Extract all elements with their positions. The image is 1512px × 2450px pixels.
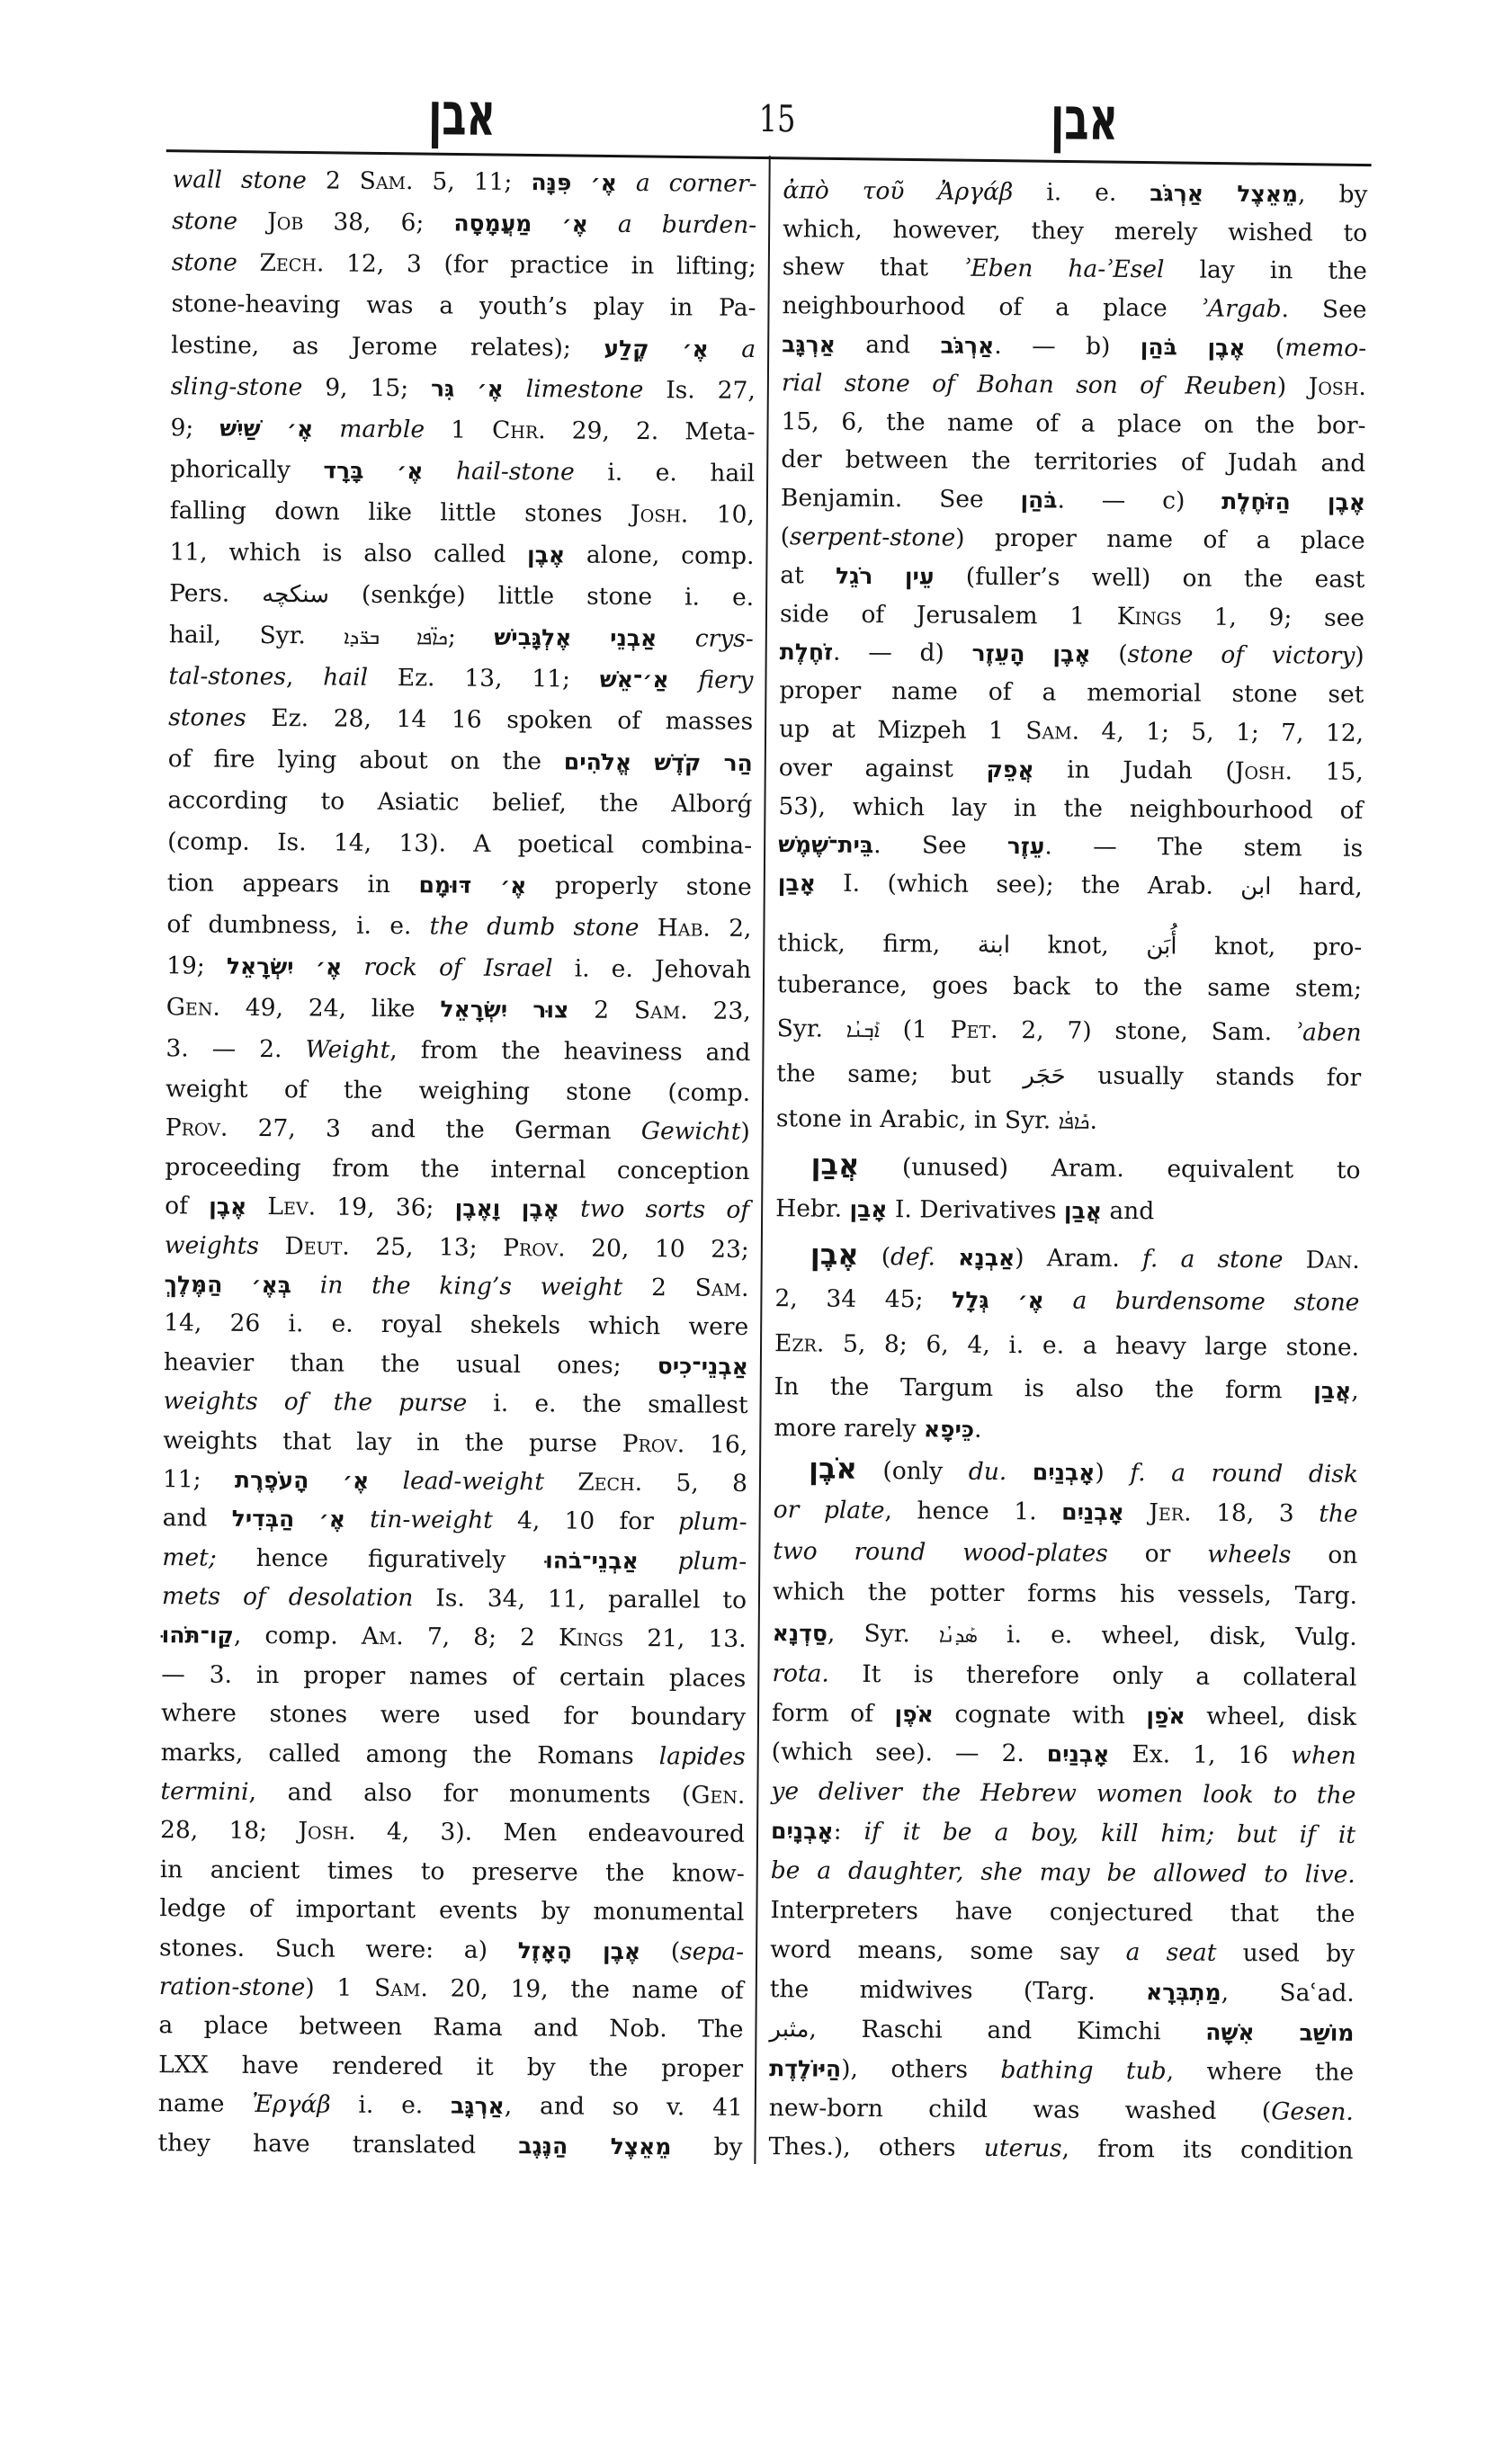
running-head-left-text: אבן — [427, 85, 495, 145]
text-line: (comp. Is. 14, 13). A poetical combina- — [167, 821, 752, 867]
text-line: mets of desolation Is. 34, 11, parallel … — [162, 1577, 747, 1620]
text-run: (only — [857, 1457, 969, 1486]
book-abbreviation: Dan. — [1306, 1246, 1360, 1274]
italic-text: a seat — [1126, 1938, 1217, 1967]
hebrew-text: בֵּית־שֶׁמֶשׁ — [778, 831, 873, 858]
text-run: In the Targum is also the form — [774, 1373, 1314, 1404]
text-run: 9, 15; — [302, 373, 431, 402]
text-run: 10, — [688, 500, 755, 529]
text-line: form of אֹפֶן cognate with אֹפַן wheel, … — [772, 1694, 1356, 1738]
text-run: ) — [1095, 1459, 1130, 1487]
italic-text: ye deliver the Hebrew women look to the — [771, 1778, 1355, 1811]
text-run: 38, 6; — [303, 208, 453, 237]
text-run: marks, called among the Romans — [161, 1739, 659, 1770]
text-line: lestine, as Jerome relates); אֶ׳ קֶלַע a — [171, 325, 756, 371]
text-run: i. e. the smallest — [467, 1390, 748, 1419]
hebrew-text: מַתְבְּרָא — [1146, 1979, 1221, 2006]
text-run: word means, some say — [770, 1936, 1126, 1966]
text-run: Ez. 13, 11; — [368, 664, 600, 693]
hebrew-text: אֶבֶן הָאָזֶל — [518, 1937, 641, 1964]
text-run: , and so v. 41 — [505, 2092, 743, 2122]
book-abbreviation: Deut. — [284, 1232, 349, 1261]
book-abbreviation: Lev. — [267, 1193, 316, 1221]
column-divider — [754, 156, 770, 2164]
book-abbreviation: Job — [267, 208, 303, 236]
text-run: 2, 34 45; — [774, 1284, 952, 1313]
text-line: Pers. سنكچه (senkǵe) little stone i. e. — [169, 573, 754, 619]
greek-text: ἀπὸ τοῦ Ἀργάβ — [783, 176, 1013, 206]
text-run — [1283, 1246, 1305, 1274]
text-run: lay in the — [1164, 256, 1367, 286]
text-line: which the potter forms his vessels, Targ… — [773, 1571, 1357, 1616]
text-run: It is therefore only a collateral — [829, 1659, 1357, 1691]
italic-text: in the king’s weight — [320, 1271, 623, 1301]
text-run: 21, 13. — [623, 1624, 747, 1653]
text-line: זֹחֶלֶת. — d) אֶבֶן הָעֵזֶר (stone of vi… — [780, 633, 1364, 676]
text-run: (unused) Aram. equivalent to — [859, 1153, 1360, 1185]
text-line: they have translated מֵאֵצֶל הַנֶּגֶב by — [157, 2124, 742, 2167]
text-run — [709, 335, 742, 363]
italic-text: termini — [160, 1777, 248, 1806]
arabic-text: مثبر — [769, 2016, 809, 2043]
text-run: ( — [781, 523, 791, 550]
text-run: — 3. in proper names of certain places — [161, 1660, 746, 1693]
book-abbreviation: Hab. — [658, 914, 711, 942]
text-line: סַדְנָא, Syr. ܣܰܕܢܳܐ i. e. wheel, disk, … — [773, 1613, 1357, 1658]
text-run: Syr. — [777, 1015, 846, 1043]
text-run — [237, 249, 260, 277]
italic-text: if it be a boy, kill him; but if it — [863, 1818, 1355, 1849]
italic-text: f. a stone — [1142, 1245, 1284, 1274]
text-run: ), others — [841, 2054, 1001, 2083]
text-run: 5, 8 — [642, 1469, 747, 1498]
hebrew-text: אַ׳־אֵשׁ — [600, 666, 669, 693]
text-run: proceeding from the internal conception — [165, 1153, 749, 1185]
text-run: cognate with — [934, 1700, 1147, 1730]
text-run: the midwives (Targ. — [770, 1975, 1146, 2006]
text-run: ) proper name of a place — [955, 524, 1365, 555]
italic-text: be a daughter, she may be allowed to liv… — [771, 1856, 1355, 1889]
syriac-text: ܟܺܐܦܳܐ — [1059, 1111, 1090, 1133]
book-abbreviation: Prov. — [166, 1114, 228, 1143]
text-run: lestine, as Jerome relates); — [171, 331, 604, 362]
text-run: name — [158, 2089, 253, 2118]
text-line: stone Zech. 12, 3 (for practice in lifti… — [172, 242, 756, 288]
text-line: Thes.), others uterus, from its conditio… — [768, 2128, 1353, 2172]
text-run — [657, 624, 695, 652]
italic-text: ʾArgab — [1201, 295, 1282, 324]
text-run: where stones were used for boundary — [161, 1699, 746, 1731]
text-run: up at Mizpeh 1 — [779, 715, 1025, 745]
text-run: 15, — [1293, 757, 1364, 786]
hebrew-text: אַרְגֹּב — [940, 332, 994, 358]
text-run: (which see). — 2. — [772, 1739, 1047, 1768]
text-run — [1044, 1286, 1073, 1314]
text-line: hail, Syr. ܟܐ̈ܦܐ ܒܪ̈ܕܐ; אַבְנֵי אֶלְגָּב… — [169, 614, 754, 660]
text-run: , Saʿad. — [1221, 1979, 1355, 2007]
hebrew-text: מֵאֵצֶל הַנֶּגֶב — [518, 2133, 671, 2159]
text-line: הַיּוֹלֶדֶת), others bathing tub, where … — [769, 2049, 1354, 2093]
text-run: ) 1 — [305, 1973, 374, 2002]
text-run: shew that — [783, 254, 964, 282]
text-run: ( — [640, 1937, 680, 1965]
book-abbreviation: Zech. — [259, 249, 324, 278]
text-line: two round wood-plates or wheels on — [773, 1531, 1357, 1576]
text-line: 14, 26 i. e. royal shekels which were — [164, 1304, 748, 1347]
hebrew-text: הַיּוֹלֶדֶת — [769, 2055, 841, 2082]
text-line: 3. — 2. Weight, from the heaviness and — [166, 1028, 750, 1074]
hebrew-text: אַבְנֵי־בֹהוּ — [545, 1547, 639, 1574]
text-run: over against — [779, 754, 987, 783]
text-line: stones. Such were: a) אֶבֶן הָאָזֶל (sep… — [159, 1928, 744, 1972]
page-number: 15 — [732, 101, 822, 139]
text-run — [639, 1547, 678, 1575]
hebrew-text: אַבְנֵי אֶלְגָּבִישׁ — [494, 624, 657, 651]
text-run: ; — [448, 622, 495, 650]
italic-text: rial stone of Bohan son of Reuben — [782, 369, 1277, 400]
lexicon-page: אבן 15 אבן wall stone 2 Sam. 5, 11; אֶ׳ … — [0, 0, 1512, 2450]
hebrew-text: אֶבֶן הַזֹּחֶלֶת — [1221, 488, 1365, 515]
text-line: the midwives (Targ. מַתְבְּרָא, Saʿad. — [770, 1970, 1355, 2014]
italic-text: sepa- — [680, 1937, 744, 1966]
hebrew-text: סַדְנָא — [773, 1620, 828, 1646]
text-run — [559, 1195, 580, 1223]
text-run: ( — [1090, 640, 1127, 668]
text-run: (1 — [880, 1015, 951, 1044]
arabic-text: ابنة — [978, 932, 1010, 959]
text-run: i. e. — [331, 2091, 452, 2120]
text-line: be a daughter, she may be allowed to liv… — [771, 1851, 1355, 1895]
hebrew-text: אָבַן — [778, 870, 816, 896]
text-line: according to Asiatic belief, the Alborǵ — [167, 780, 752, 826]
text-run: 16, — [684, 1430, 747, 1459]
text-line: Hebr. אָבַן I. Derivatives אֲבַן and — [775, 1186, 1360, 1236]
italic-text: fiery — [698, 666, 753, 694]
italic-text: lapides — [659, 1742, 746, 1771]
text-line: אָבַן I. (which see); the Arab. ابن hard… — [778, 864, 1363, 908]
hebrew-text: אֲפֵק — [986, 756, 1033, 782]
text-run: Is. 34, 11, parallel to — [413, 1584, 747, 1614]
syriac-text: ܣܰܕܢܳܐ — [939, 1625, 978, 1648]
text-line: weight of the weighing stone (comp. — [166, 1069, 750, 1113]
text-run: 11, which is also called — [169, 538, 527, 568]
hebrew-text: צוּר יִשְׂרָאֵל — [440, 996, 568, 1023]
text-line: and אֶ׳ הַבְּדִיל tin-weight 4, 10 for p… — [162, 1498, 747, 1542]
italic-text: stone — [172, 207, 237, 236]
book-abbreviation: Chr. — [492, 416, 546, 444]
text-run: Hebr. — [775, 1194, 850, 1223]
running-head-right: אבן — [1012, 89, 1156, 149]
text-run: they have translated — [157, 2129, 518, 2159]
text-line: stone in Arabic, in Syr. ܟܺܐܦܳܐ. — [776, 1096, 1361, 1146]
italic-text: the dumb stone — [429, 912, 639, 942]
text-line: up at Mizpeh 1 Sam. 4, 1; 5, 1; 7, 12, — [779, 711, 1364, 754]
text-run: , where the — [1167, 2057, 1355, 2087]
text-run: Ez. 28, 14 16 spoken of masses — [246, 704, 754, 736]
italic-text: stones — [168, 703, 246, 732]
book-abbreviation: Prov. — [503, 1234, 566, 1263]
text-run: phorically — [170, 455, 323, 484]
hebrew-text: אֶ׳ יִשְׂרָאֵל — [227, 953, 343, 980]
text-run: tuberance, goes back to the same stem; — [777, 970, 1362, 1003]
italic-text: hail — [323, 663, 368, 691]
arabic-text: أُبَن — [1146, 933, 1176, 960]
text-run: 49, 24, like — [220, 994, 441, 1024]
italic-text: two sorts of — [580, 1195, 749, 1224]
text-line: 53), which lay in the neighbourhood of — [778, 788, 1363, 831]
hebrew-text: אֶ׳ שַׁיִשׁ — [219, 416, 313, 443]
text-run: hence figuratively — [217, 1543, 546, 1574]
text-line: more rarely כֵּיפָא. — [774, 1408, 1358, 1453]
text-run: , comp. — [234, 1622, 362, 1650]
running-head-left: אבן — [389, 85, 533, 145]
hebrew-text: הַר קֹדֶשׁ אֱלֹהִים — [564, 748, 753, 776]
italic-text: Weight — [305, 1035, 389, 1064]
hebrew-text: אָבַן — [849, 1196, 887, 1222]
italic-text: when — [1291, 1742, 1356, 1771]
text-run: 29, 2. Meta- — [546, 416, 756, 446]
text-line: heavier than the usual ones; אַבְנֵי־כִי… — [164, 1343, 748, 1386]
italic-text: weights — [165, 1231, 259, 1260]
text-run: neighbourhood of a place — [782, 291, 1201, 322]
book-abbreviation: Josh. — [1309, 372, 1366, 400]
text-run: , Syr. — [828, 1620, 939, 1649]
text-run: 12, 3 (for practice in lifting; — [324, 249, 756, 281]
text-run: Is. 27, — [643, 376, 756, 405]
text-run: heavier than the usual ones; — [164, 1348, 658, 1380]
text-run — [504, 375, 526, 403]
text-run — [246, 1193, 267, 1221]
text-run: tion appears in — [167, 869, 419, 899]
italic-text: du. — [969, 1458, 1007, 1486]
running-head-right-text: אבן — [1050, 89, 1117, 149]
text-run: . — [1089, 1107, 1097, 1135]
book-abbreviation: Sam. — [1025, 717, 1079, 745]
hebrew-text: אָבְנַיִם — [1047, 1741, 1110, 1768]
text-run: of fire lying about on the — [168, 745, 564, 775]
text-line: of fire lying about on the הַר קֹדֶשׁ אֱ… — [168, 738, 753, 784]
text-run: 28, 18; — [160, 1817, 299, 1846]
text-run: stone in Arabic, in Syr. — [776, 1104, 1059, 1134]
italic-text: crys- — [695, 624, 754, 652]
italic-text: serpent-stone — [790, 523, 955, 551]
text-line: אֶבֶן (def. אַבְנָא) Aram. f. a stone Da… — [775, 1231, 1360, 1281]
text-run: . See — [1281, 295, 1366, 324]
text-line: ye deliver the Hebrew women look to the — [771, 1773, 1355, 1817]
italic-text: marble — [339, 416, 425, 444]
text-line: stone Job 38, 6; אֶ׳ מַעֲמָסָה a burden- — [172, 201, 756, 246]
text-run: 2 — [307, 166, 360, 194]
text-run — [935, 1243, 958, 1271]
hebrew-text: אֶבֶן — [209, 1194, 246, 1220]
hebrew-text: אֶ׳ פִּנָּה — [531, 169, 617, 196]
text-run: thick, firm, — [777, 929, 978, 959]
text-run: : — [834, 1818, 864, 1846]
text-line: new-born child was washed (Gesen. — [769, 2088, 1354, 2133]
italic-text: or plate — [774, 1496, 885, 1525]
text-run: 27, 3 and the German — [228, 1114, 641, 1145]
italic-text: Gesen. — [1271, 2097, 1354, 2126]
text-line: the same; but حَجَر usually stands for — [776, 1051, 1361, 1101]
hebrew-text: מוֹשַׁב אִשָּׁה — [1205, 2018, 1354, 2045]
text-line: 2, 34 45; אֶ׳ גְּלָל a burdensome stone — [774, 1276, 1359, 1326]
text-run: ( — [1245, 334, 1284, 362]
text-line: 28, 18; Josh. 4, 3). Men endeavoured — [160, 1811, 745, 1855]
text-run: . — b) — [994, 332, 1141, 361]
italic-text: weights of the purse — [163, 1387, 467, 1417]
text-run: der between the territories of Judah and — [781, 446, 1365, 478]
text-line: over against אֲפֵק in Judah (Josh. 15, — [779, 749, 1364, 792]
text-line: 9; אֶ׳ שַׁיִשׁ marble 1 Chr. 29, 2. Meta… — [170, 407, 755, 453]
text-line: ledge of important events by monumental — [159, 1889, 744, 1932]
hebrew-text: אֹפֶן — [894, 1701, 933, 1727]
book-abbreviation: Zech. — [577, 1468, 642, 1497]
text-run: I. (which see); the Arab. — [816, 870, 1241, 900]
text-line: word means, some say a seat used by — [770, 1930, 1355, 1974]
italic-text: wheels — [1207, 1540, 1291, 1569]
left-column: wall stone 2 Sam. 5, 11; אֶ׳ פִּנָּה a c… — [157, 159, 756, 2167]
text-run: , hence 1. — [884, 1497, 1061, 1525]
text-run: weights that lay in the purse — [163, 1426, 622, 1458]
italic-text: two round wood-plates — [773, 1537, 1108, 1568]
italic-text: the — [1319, 1500, 1358, 1528]
hebrew-text: זֹחֶלֶת — [780, 639, 834, 665]
text-run: 5, 11; — [413, 167, 531, 196]
text-line: marks, called among the Romans lapides — [161, 1733, 746, 1776]
text-run: . See — [873, 831, 1007, 860]
text-run: ) Aram. — [1015, 1244, 1142, 1273]
page-number-text: 15 — [759, 101, 796, 138]
text-run: 25, 13; — [350, 1232, 504, 1261]
text-run: hard, — [1271, 872, 1363, 901]
text-run: 4, 3). Men endeavoured — [356, 1818, 746, 1848]
text-line: Prov. 27, 3 and the German Gewicht) — [166, 1109, 750, 1152]
italic-text: plum- — [678, 1547, 747, 1576]
syriac-text: ܐܰܒ݂ܢܳܐ — [846, 1020, 880, 1042]
text-line: In the Targum is also the form אֲבַן, — [774, 1366, 1359, 1411]
hebrew-text: בֹּהַן — [1020, 487, 1057, 513]
text-line: or plate, hence 1. אָבְנַיִם Jer. 18, 3 … — [774, 1489, 1358, 1534]
text-line: — 3. in proper names of certain places — [161, 1655, 746, 1698]
text-run: hail, Syr. — [169, 621, 344, 649]
hebrew-headword: אֶבֶן — [810, 1237, 859, 1271]
text-run: proper name of a memorial stone set — [779, 676, 1364, 709]
text-line: at עֵין רֹגֵל (fuller’s well) on the eas… — [780, 557, 1364, 600]
text-run: LXX have rendered it by the proper — [158, 2051, 743, 2083]
text-line: weights Deut. 25, 13; Prov. 20, 10 23; — [165, 1226, 749, 1269]
text-run: a place between Rama and Nob. The — [158, 2012, 743, 2044]
text-run: I. Derivatives — [887, 1195, 1064, 1224]
text-run: , — [286, 663, 323, 691]
italic-text: limestone — [526, 375, 644, 404]
text-run — [237, 208, 267, 236]
text-run — [423, 457, 456, 485]
text-run: 19; — [166, 952, 227, 979]
hebrew-text: אֲבַן — [1313, 1377, 1351, 1403]
hebrew-text: אֶ׳ בָּרָד — [323, 457, 423, 484]
text-line: tion appears in אֶ׳ דּוּמָם properly sto… — [167, 863, 752, 908]
text-line: name Ἐργάβ i. e. אַרְגָּב, and so v. 41 — [158, 2084, 743, 2127]
text-line: Gen. 49, 24, like צוּר יִשְׂרָאֵל 2 Sam.… — [166, 987, 751, 1033]
text-line: Ezr. 5, 8; 6, 4, i. e. a heavy large sto… — [774, 1321, 1359, 1371]
text-run: 20, 10 23; — [566, 1234, 749, 1263]
text-run — [342, 953, 363, 981]
text-run: more rarely — [774, 1414, 924, 1443]
book-abbreviation: Sam. — [374, 1974, 428, 2002]
book-abbreviation: Kings — [1117, 602, 1182, 630]
hebrew-text: אֶ׳ קֶלַע — [604, 335, 709, 362]
text-line: בְּאֶ׳ הַמֶּלֶךְ in the king’s weight 2 … — [164, 1265, 748, 1308]
book-abbreviation: Kings — [559, 1624, 623, 1653]
italic-text: rock of Israel — [363, 953, 552, 983]
text-line: falling down like little stones Josh. 10… — [170, 490, 755, 536]
text-run: 2, — [711, 915, 752, 943]
hebrew-text: מֵאֵצֶל אַרְגֹּב — [1150, 180, 1298, 207]
book-abbreviation: Sam. — [360, 167, 414, 195]
text-run: 1 — [425, 416, 492, 444]
hebrew-text: אֶ׳ הָעֹפֶרֶת — [235, 1467, 370, 1494]
text-run — [588, 210, 618, 238]
text-run: at — [780, 561, 836, 589]
text-line: LXX have rendered it by the proper — [158, 2045, 743, 2088]
italic-text: bathing tub — [1000, 2056, 1166, 2085]
hebrew-text: אַרְגָּב — [451, 2093, 505, 2119]
text-line: rota. It is therefore only a collateral — [772, 1654, 1356, 1698]
text-run: form of — [772, 1699, 895, 1728]
italic-text: a corner- — [636, 169, 757, 198]
text-run: ( — [858, 1243, 890, 1271]
text-run — [544, 1468, 578, 1496]
hebrew-text: אֶ׳ מַעֲמָסָה — [453, 210, 588, 237]
text-run: 2 — [568, 996, 634, 1024]
arabic-text: ابن — [1240, 873, 1271, 900]
text-run — [291, 1271, 320, 1299]
text-line: sling-stone 9, 15; אֶ׳ גִּר limestone Is… — [171, 366, 756, 412]
text-run: 15, 6, the name of a place on the bor- — [781, 407, 1365, 440]
text-run: used by — [1216, 1939, 1355, 1968]
text-run: wheel, disk — [1185, 1702, 1357, 1730]
text-run: ) — [740, 1118, 750, 1146]
text-line: 19; אֶ׳ יִשְׂרָאֵל rock of Israel i. e. … — [166, 945, 751, 991]
text-line: 11; אֶ׳ הָעֹפֶרֶת lead-weight Zech. 5, 8 — [163, 1460, 747, 1503]
hebrew-text: אֹפַן — [1146, 1703, 1185, 1729]
text-run: , Raschi and Kimchi — [809, 2015, 1205, 2045]
text-line: proper name of a memorial stone set — [779, 672, 1364, 715]
book-abbreviation: Sam. — [634, 997, 688, 1024]
text-run: side of Jerusalem 1 — [780, 600, 1117, 630]
text-line: of אֶבֶן Lev. 19, 36; אֶבֶן וָאֶבֶן two … — [165, 1186, 749, 1229]
text-run: knot, pro- — [1176, 932, 1362, 961]
hebrew-text: אֶ׳ גִּר — [431, 375, 504, 402]
text-line: אֹבֶן (only du. אָבְנַיִם) f. a round di… — [774, 1448, 1358, 1493]
italic-text: uterus — [984, 2134, 1062, 2163]
text-run: usually stands for — [1066, 1061, 1362, 1091]
text-line: neighbourhood of a place ʾArgab. See — [782, 287, 1366, 330]
text-line: a place between Rama and Nob. The — [158, 2007, 743, 2050]
book-abbreviation: Pet. — [951, 1015, 998, 1043]
text-run: properly stone — [526, 872, 752, 901]
text-line: side of Jerusalem 1 Kings 1, 9; see — [780, 595, 1364, 639]
text-run: Benjamin. See — [781, 484, 1021, 514]
text-run: 20, 19, the name of — [428, 1974, 744, 2005]
text-run: of dumbness, i. e. — [166, 910, 429, 940]
text-line: proceeding from the internal conception — [165, 1148, 749, 1191]
hebrew-text: אֲבַן — [1064, 1197, 1102, 1223]
text-run: ) — [1355, 642, 1364, 670]
text-run: weight of the weighing stone (comp. — [166, 1075, 750, 1107]
text-line: tal-stones, hail Ez. 13, 11; אַ׳־אֵשׁ fi… — [168, 656, 753, 702]
text-run: , — [1351, 1377, 1359, 1405]
